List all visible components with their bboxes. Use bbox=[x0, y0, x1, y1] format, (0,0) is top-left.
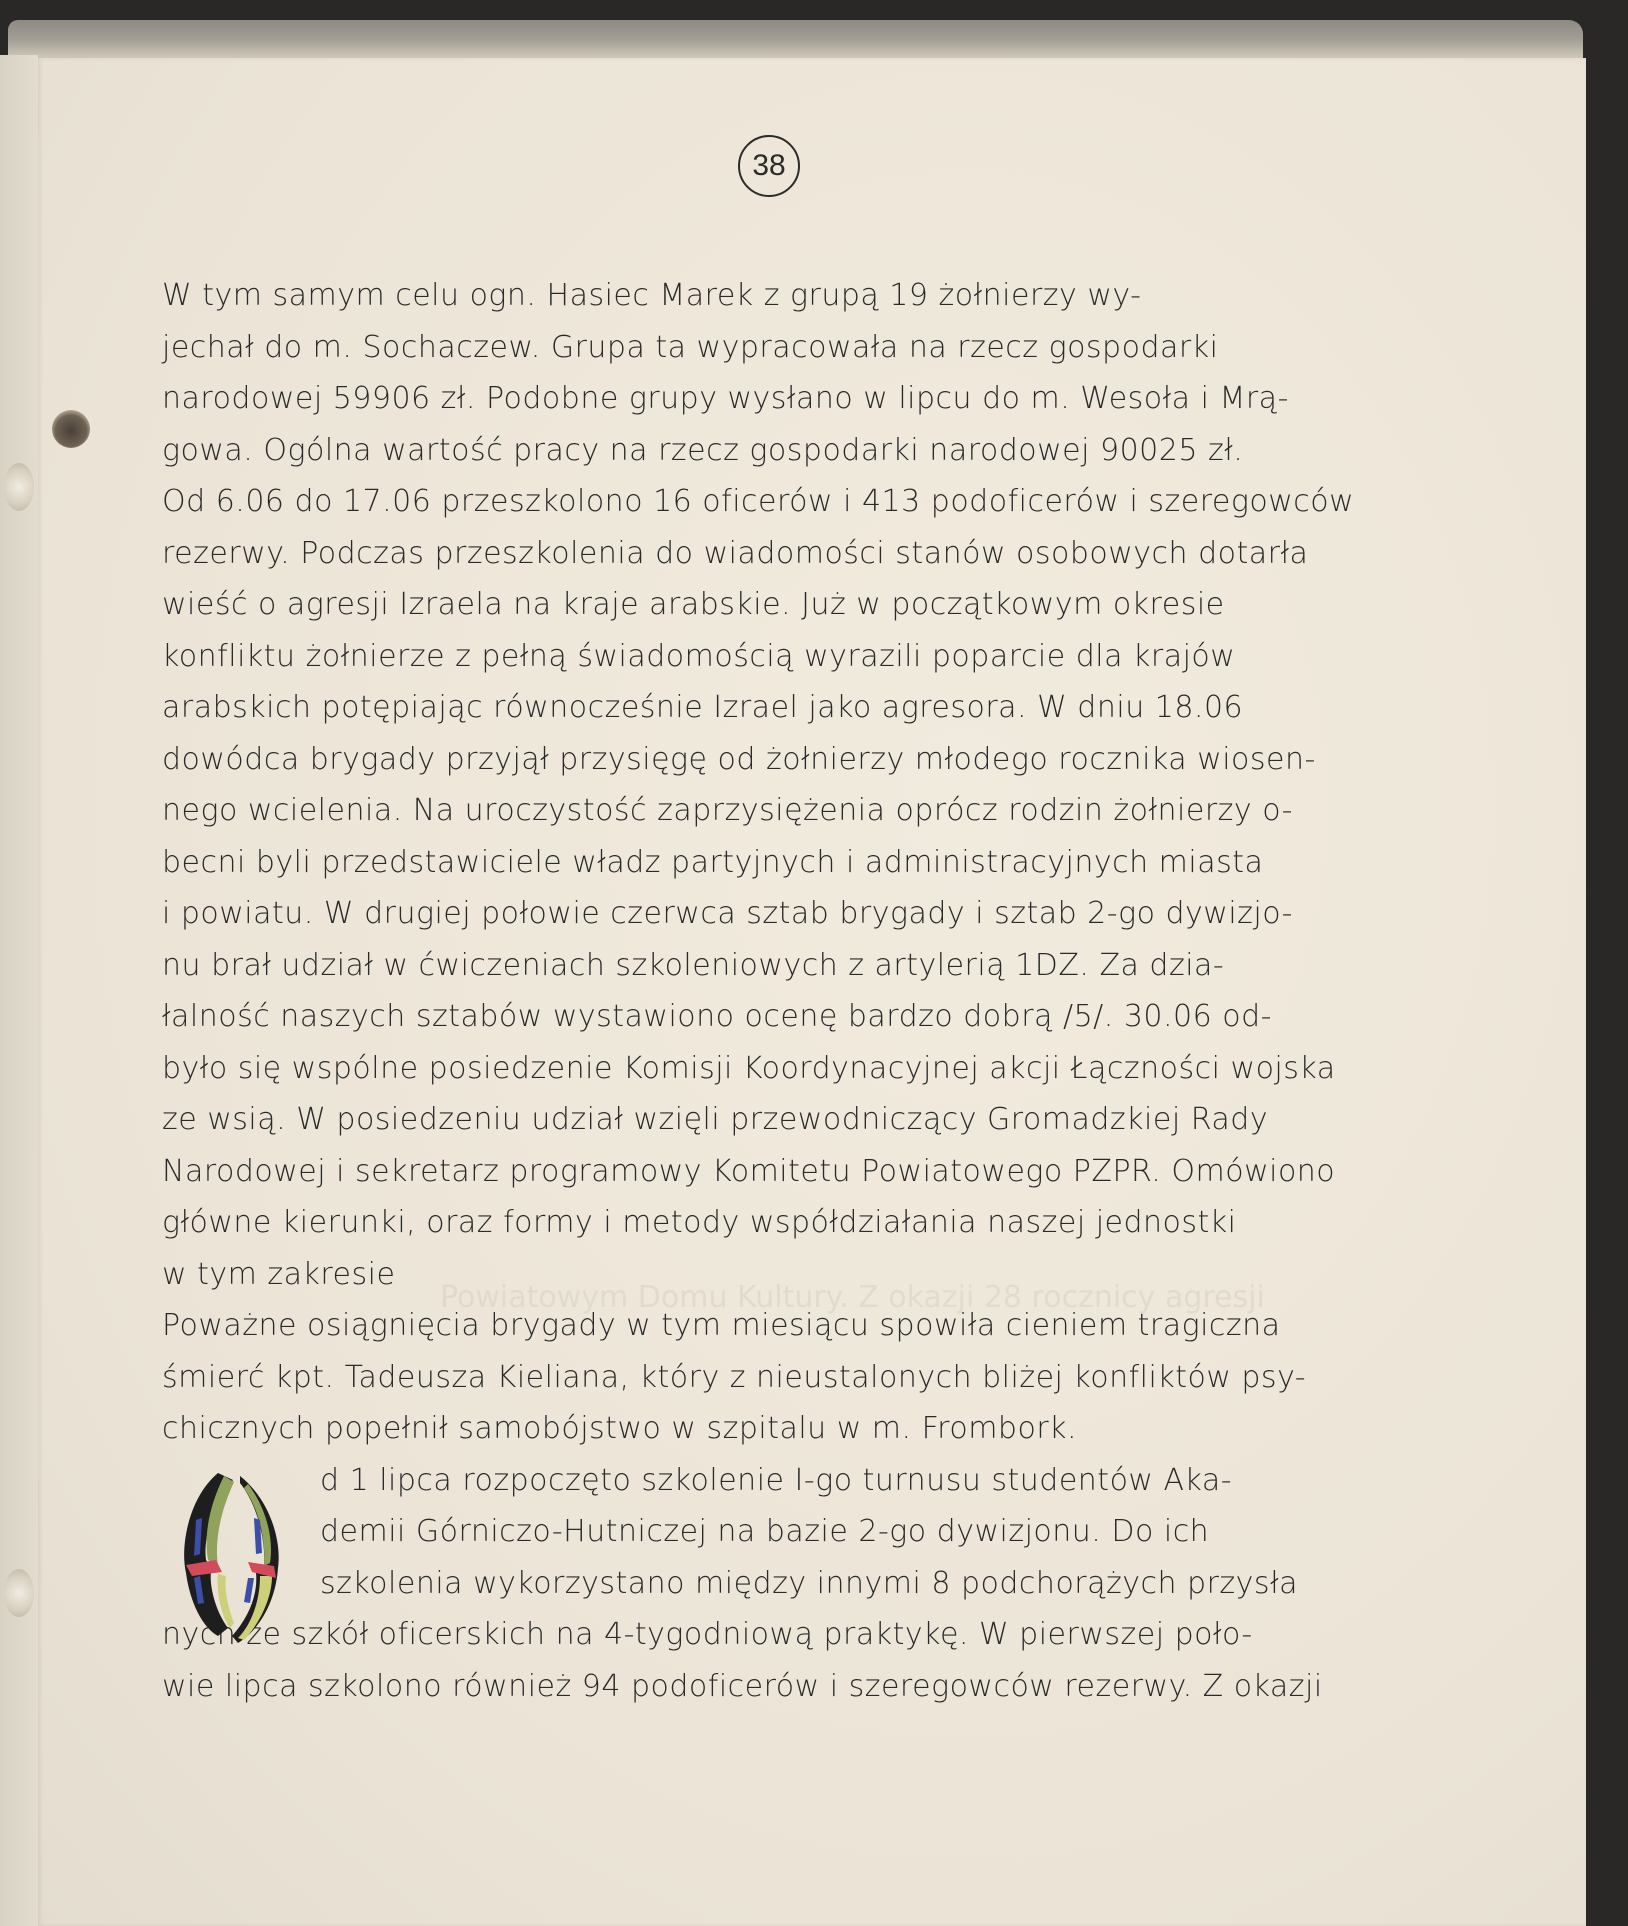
punch-hole-icon bbox=[52, 410, 90, 448]
text-line: jechał do m. Sochaczew. Grupa ta wypraco… bbox=[162, 322, 1442, 374]
punch-hole-back-top bbox=[4, 463, 34, 511]
text-line: śmierć kpt. Tadeusza Kieliana, który z n… bbox=[162, 1352, 1442, 1404]
text-line: Od 6.06 do 17.06 przeszkolono 16 oficeró… bbox=[162, 476, 1442, 528]
text-line: było się wspólne posiedzenie Komisji Koo… bbox=[162, 1043, 1442, 1095]
text-line: główne kierunki, oraz formy i metody wsp… bbox=[162, 1197, 1442, 1249]
text-line: Narodowej i sekretarz programowy Komitet… bbox=[162, 1146, 1442, 1198]
text-line-after-initial: d 1 lipca rozpoczęto szkolenie I-go turn… bbox=[162, 1455, 1442, 1507]
text-line: wie lipca szkolono również 94 podoficeró… bbox=[162, 1661, 1442, 1713]
text-line: dowódca brygady przyjął przysięgę od żoł… bbox=[162, 734, 1442, 786]
text-line-after-initial: szkolenia wykorzystano między innymi 8 p… bbox=[162, 1558, 1442, 1610]
punch-hole-back-bottom bbox=[4, 1569, 34, 1617]
text-line: nu brał udział w ćwiczeniach szkoleniowy… bbox=[162, 940, 1442, 992]
page-number-circle: 38 bbox=[738, 135, 800, 197]
text-line: becni byli przedstawiciele władz partyjn… bbox=[162, 837, 1442, 889]
text-line: W tym samym celu ogn. Hasiec Marek z gru… bbox=[162, 270, 1442, 322]
text-line: i powiatu. W drugiej połowie czerwca szt… bbox=[162, 888, 1442, 940]
text-line: ze wsią. W posiedzeniu udział wzięli prz… bbox=[162, 1094, 1442, 1146]
decorated-initial-o-icon bbox=[178, 1468, 294, 1648]
text-line: narodowej 59906 zł. Podobne grupy wysłan… bbox=[162, 373, 1442, 425]
text-line: Poważne osiągnięcia brygady w tym miesią… bbox=[162, 1300, 1442, 1352]
text-line: nego wcielenia. Na uroczystość zaprzysię… bbox=[162, 785, 1442, 837]
previous-page-edge bbox=[0, 55, 39, 1926]
text-line: konfliktu żołnierze z pełną świadomością… bbox=[162, 631, 1442, 683]
text-line: wieść o agresji Izraela na kraje arabski… bbox=[162, 579, 1442, 631]
text-line: arabskich potępiając równocześnie Izrael… bbox=[162, 682, 1442, 734]
text-line: nych ze szkół oficerskich na 4-tygodniow… bbox=[162, 1609, 1442, 1661]
text-line: rezerwy. Podczas przeszkolenia do wiadom… bbox=[162, 528, 1442, 580]
text-line: łalność naszych sztabów wystawiono ocenę… bbox=[162, 991, 1442, 1043]
page-number: 38 bbox=[752, 149, 785, 183]
text-line-after-initial: demii Górniczo-Hutniczej na bazie 2-go d… bbox=[162, 1506, 1442, 1558]
text-line: gowa. Ogólna wartość pracy na rzecz gosp… bbox=[162, 425, 1442, 477]
handwritten-text: W tym samym celu ogn. Hasiec Marek z gru… bbox=[162, 270, 1442, 1712]
text-line: chicznych popełnił samobójstwo w szpital… bbox=[162, 1403, 1442, 1455]
text-line: w tym zakresie bbox=[162, 1249, 1442, 1301]
